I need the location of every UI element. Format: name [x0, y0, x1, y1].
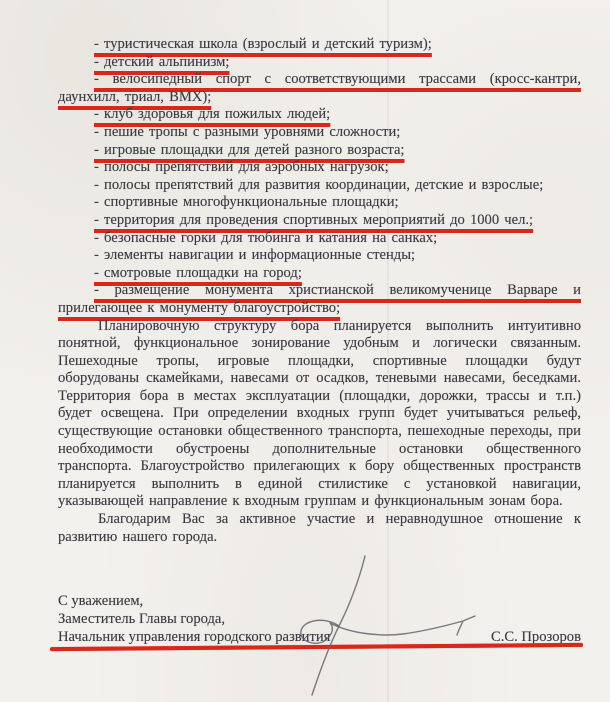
signoff-title-2: Начальник управления городского развития	[58, 628, 330, 646]
letter-body: - туристическая школа (взрослый и детски…	[58, 36, 581, 546]
list-item: - пешие тропы с разными уровнями сложнос…	[58, 124, 581, 142]
list-item: - туристическая школа (взрослый и детски…	[58, 36, 581, 54]
list-item: - полосы препятствий для развития коорди…	[58, 177, 581, 195]
list-item: - территория для проведения спортивных м…	[58, 212, 581, 230]
list-item: - размещение монумента христианской вели…	[58, 282, 581, 317]
list-item: - детский альпинизм;	[58, 54, 581, 72]
scanned-letter-page: - туристическая школа (взрослый и детски…	[0, 0, 610, 702]
list-item: - спортивные многофункциональные площадк…	[58, 194, 581, 212]
signoff-regards: С уважением,	[58, 592, 581, 610]
signoff-title-1: Заместитель Главы города,	[58, 610, 581, 628]
signoff-block: С уважением, Заместитель Главы города, Н…	[58, 592, 581, 647]
list-item: - элементы навигации и информационные ст…	[58, 247, 581, 265]
list-item: - полосы препятствий для аэробных нагруз…	[58, 159, 581, 177]
paragraph-planning: Планировочную структуру бора планируется…	[58, 318, 581, 512]
paragraph-thanks: Благодарим Вас за активное участие и нер…	[58, 511, 581, 546]
list-item: - клуб здоровья для пожилых людей;	[58, 106, 581, 124]
list-item: - велосипедный спорт с соответствующими …	[58, 71, 581, 106]
list-item: - игровые площадки для детей разного воз…	[58, 142, 581, 160]
list-item: - смотровые площадки на город;	[58, 265, 581, 283]
list-item: - безопасные горки для тюбинга и катания…	[58, 230, 581, 248]
